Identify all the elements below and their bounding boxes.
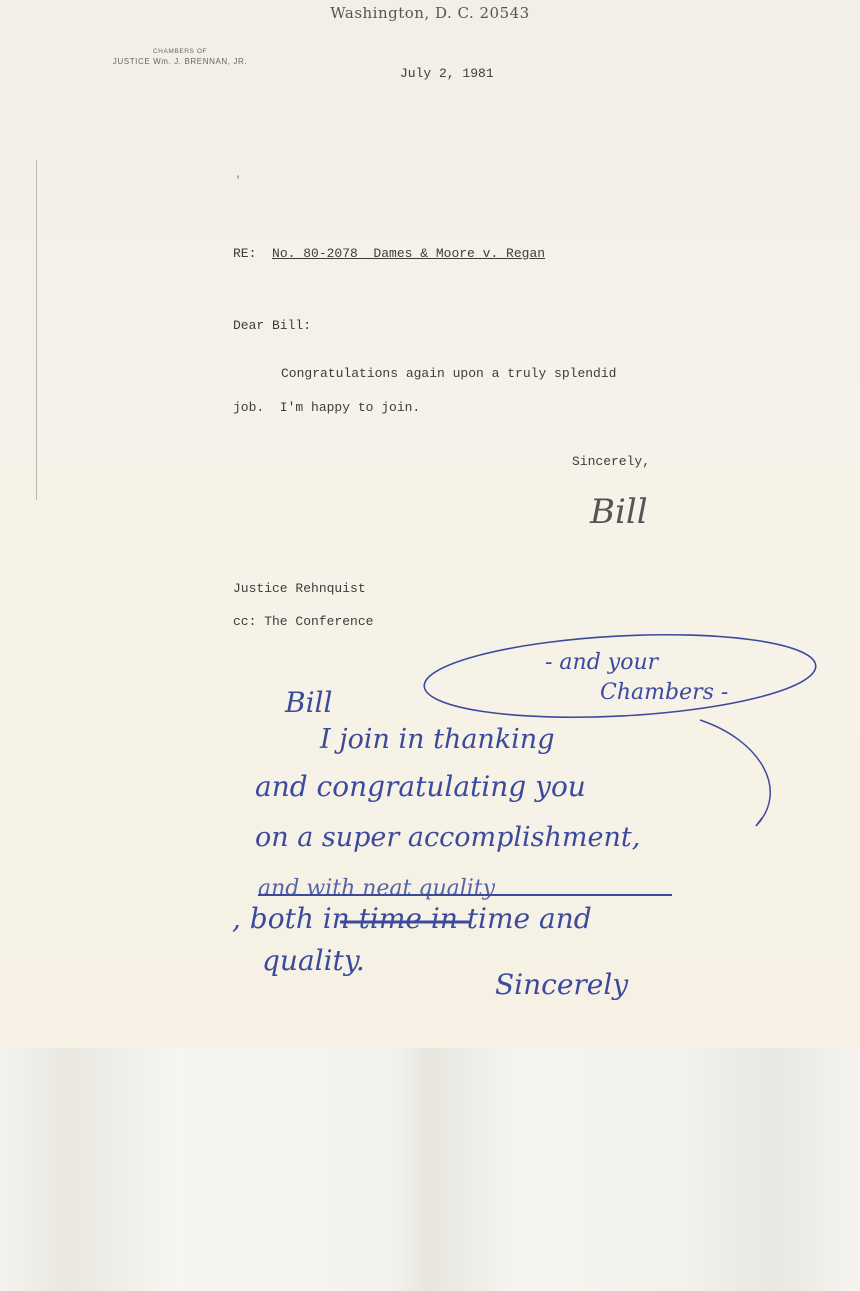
re-label: RE: [233,246,256,261]
note-line-5: , both in time in time and [232,902,592,935]
margin-rule [36,160,37,500]
closing: Sincerely, [572,454,650,469]
re-case: No. 80-2078 Dames & Moore v. Regan [272,246,545,261]
re-line: RE: No. 80-2078 Dames & Moore v. Regan [233,246,545,261]
note-line-1: I join in thanking [320,724,554,755]
addressee: Justice Rehnquist [233,581,366,596]
body-line-2: job. I'm happy to join. [233,400,420,415]
letter-page: Washington, D. C. 20543 CHAMBERS OF JUST… [0,0,860,1048]
body-line-1: Congratulations again upon a truly splen… [281,366,616,381]
note-line-3: on a super accomplishment, [255,822,640,853]
note-line-2: and congratulating you [255,770,586,803]
chambers-label: CHAMBERS OF [80,48,280,55]
signature: Bill [590,492,648,532]
note-closing: Sincerely [495,968,628,1001]
note-bubble-line-2: Chambers - [600,680,728,705]
cc-line: cc: The Conference [233,614,373,629]
stray-mark: ' [235,176,241,187]
note-line-6: quality. [262,944,365,977]
letterhead-city: Washington, D. C. 20543 [0,4,860,22]
salutation: Dear Bill: [233,318,311,333]
background-surface [0,1048,860,1291]
letter-date: July 2, 1981 [400,66,494,81]
letterhead-chambers: CHAMBERS OF JUSTICE Wm. J. BRENNAN, JR. [80,48,280,66]
note-salutation: Bill [285,686,332,719]
note-line-struck: and with neat quality [258,876,495,901]
justice-name: JUSTICE Wm. J. BRENNAN, JR. [80,57,280,66]
note-bubble-line-1: - and your [545,650,658,675]
